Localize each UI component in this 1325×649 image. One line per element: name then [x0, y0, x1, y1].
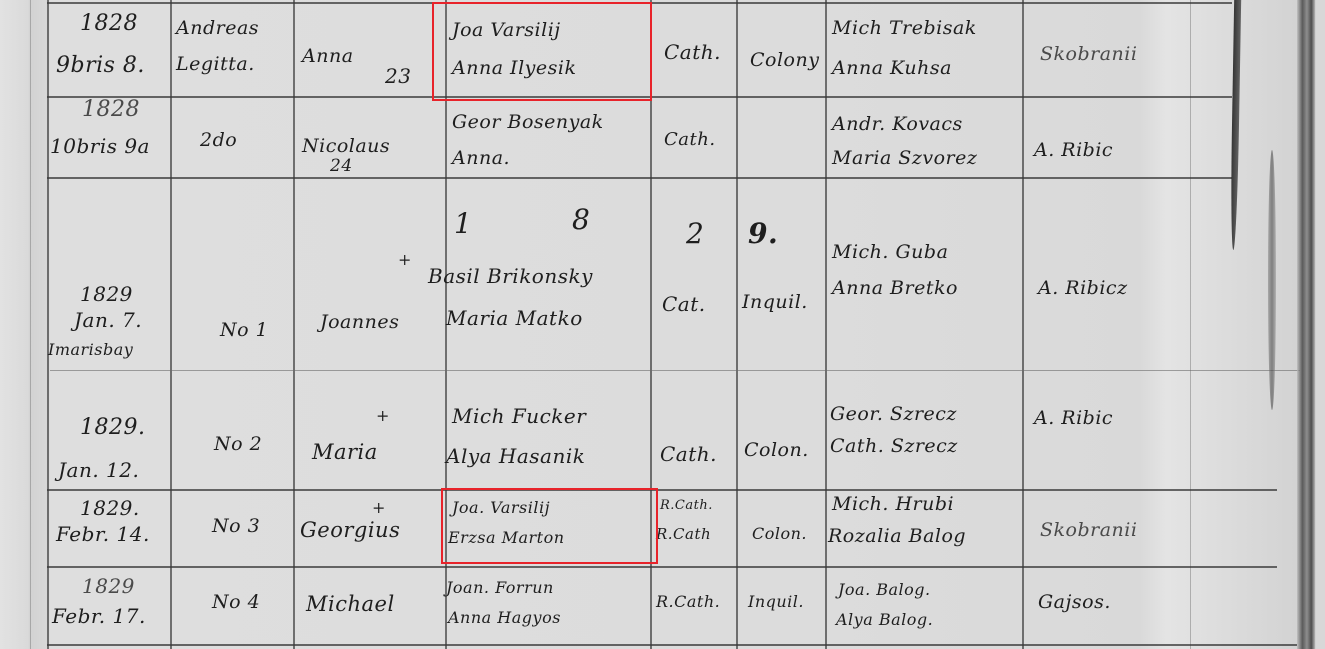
entry-house-line1: Andreas [176, 16, 259, 40]
highlight-box-parents-entry-5 [441, 488, 658, 564]
entry-parents-mother: Alya Hasanik [446, 444, 585, 468]
entry-priest: A. Ribic [1034, 406, 1113, 430]
entry-godparents-1: Mich. Hrubi [832, 492, 954, 516]
entry-religion: Cat. [662, 292, 706, 316]
entry-status: Inquil. [742, 290, 808, 314]
entry-status: Colon. [744, 438, 809, 462]
entry-child-name: Anna [302, 44, 354, 68]
entry-parents-mother: Anna Hagyos [448, 606, 561, 630]
entry-godparents-2: Maria Szvorez [832, 146, 977, 170]
entry-date-year: 1829. [80, 496, 140, 520]
entry-parents-father: Geor Bosenyak [452, 110, 604, 134]
page-background-strip [1316, 0, 1325, 649]
entry-priest: A. Ribic [1034, 138, 1113, 162]
entry-cross-mark: + [398, 248, 412, 272]
entry-date-year: 1828 [80, 12, 138, 36]
entry-godparents-1: Geor. Szrecz [830, 402, 957, 426]
entry-date-year: 1829 [80, 282, 133, 306]
highlight-box-parents-entry-1 [432, 2, 652, 101]
entry-godparents-2: Alya Balog. [836, 608, 933, 632]
entry-status: Colon. [752, 522, 807, 546]
entry-date-year: 1828 [82, 98, 140, 122]
entry-date-year: 1829. [80, 416, 145, 440]
entry-godparents-2: Cath. Szrecz [830, 434, 958, 458]
entry-child-name: Georgius [300, 518, 400, 542]
entry-parents-father: Basil Brikonsky [428, 264, 593, 288]
entry-date-day: Jan. 7. [74, 308, 142, 332]
entry-date-day: Febr. 14. [56, 522, 150, 546]
entry-parents-father: Mich Fucker [452, 404, 586, 428]
entry-religion-line2: R.Cath [656, 522, 711, 546]
entry-child-extra: 23 [385, 64, 411, 88]
entry-child-extra: 24 [330, 154, 353, 178]
entry-godparents-1: Mich. Guba [832, 240, 948, 264]
page-torn-edge [1297, 0, 1315, 649]
entry-priest: Skobranii [1040, 42, 1137, 66]
entry-godparents-1: Andr. Kovacs [832, 112, 963, 136]
entry-date-day: Jan. 12. [58, 458, 139, 482]
entry-godparents-2: Rozalia Balog [828, 524, 966, 548]
entry-godparents-2: Anna Kuhsa [832, 56, 952, 80]
entry-date-day: 9bris 8. [56, 54, 145, 78]
entry-house: No 2 [214, 432, 262, 456]
entry-date-day: 10bris 9a [50, 134, 150, 158]
entry-religion: Cath. [664, 128, 716, 152]
entry-house-line2: Legitta. [176, 52, 255, 76]
entry-status: Inquil. [748, 590, 804, 614]
entry-priest: Skobranii [1040, 518, 1137, 542]
entry-religion: Cath. [660, 442, 717, 466]
year-header-digit-2: 2 [686, 222, 704, 246]
entry-priest: Gajsos. [1038, 590, 1111, 614]
entry-cross-mark: + [372, 496, 386, 520]
entry-child-name: Michael [306, 592, 395, 616]
entry-status: Colony [750, 48, 819, 72]
entry-house: No 4 [212, 590, 260, 614]
entry-godparents-1: Mich Trebisak [832, 16, 977, 40]
entry-godparents-1: Joa. Balog. [838, 578, 931, 602]
year-header-digit-9: 9. [748, 222, 778, 246]
entry-parents-mother: Maria Matko [446, 306, 583, 330]
entry-house: No 1 [220, 318, 268, 342]
entry-child-name: Maria [312, 440, 378, 464]
entry-religion-line1: R.Cath. [660, 494, 713, 518]
year-header-digit-8: 8 [572, 208, 590, 232]
row-rule-4 [47, 489, 1277, 491]
entry-date-year: 1829 [82, 574, 135, 598]
year-header-digit-1: 1 [454, 212, 472, 236]
entry-religion: R.Cath. [656, 590, 720, 614]
entry-house: No 3 [212, 514, 260, 538]
entry-priest: A. Ribicz [1038, 276, 1128, 300]
page-binding-shadow [1230, 0, 1241, 250]
row-rule-2 [47, 177, 1232, 179]
entry-cross-mark: + [376, 404, 390, 428]
register-page: 1828 9bris 8. Andreas Legitta. Anna 23 J… [0, 0, 1325, 649]
entry-parents-mother: Anna. [452, 146, 510, 170]
entry-religion: Cath. [664, 40, 721, 64]
entry-date-day: Febr. 17. [52, 604, 146, 628]
page-margin-line [30, 0, 31, 649]
page-fold-shadow [1268, 150, 1276, 410]
entry-date-extra: Imarisbay [48, 338, 133, 362]
entry-godparents-2: Anna Bretko [832, 276, 958, 300]
row-rule-3 [50, 370, 1300, 371]
row-rule-5 [47, 566, 1277, 568]
entry-parents-father: Joan. Forrun [446, 576, 554, 600]
entry-house: 2do [200, 128, 237, 152]
entry-child-name: Joannes [320, 310, 399, 334]
row-rule-bottom [47, 644, 1297, 646]
